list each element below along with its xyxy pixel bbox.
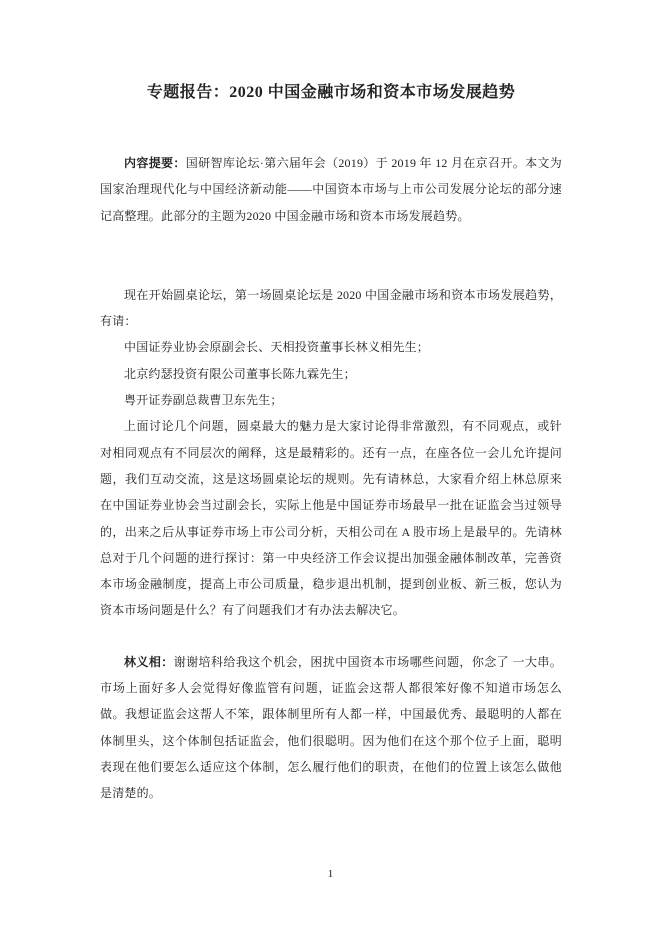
speaker-paragraph: 林义相：谢谢培科给我这个机会，困扰中国资本市场哪些问题，你念了 一大串。市场上面… <box>100 649 562 807</box>
paragraph-guest-2: 北京约瑟投资有限公司董事长陈九霖先生； <box>100 361 562 387</box>
abstract-label: 内容提要： <box>124 156 186 170</box>
paragraph-guest-1: 中国证券业协会原副会长、天相投资董事长林义相先生； <box>100 334 562 360</box>
abstract-paragraph: 内容提要：国研智库论坛·第六届年会（2019）于 2019 年 12 月在京召开… <box>100 150 562 229</box>
paragraph-roundtable-intro: 现在开始圆桌论坛，第一场圆桌论坛是 2020 中国金融市场和资本市场发展趋势，有… <box>100 282 562 335</box>
page-number: 1 <box>0 867 661 881</box>
speaker-name: 林义相： <box>124 655 174 669</box>
paragraph-guest-3: 粤开证券副总裁曹卫东先生； <box>100 387 562 413</box>
speaker-text: 谢谢培科给我这个机会，困扰中国资本市场哪些问题，你念了 一大串。市场上面好多人会… <box>100 655 562 800</box>
page-title: 专题报告：2020 中国金融市场和资本市场发展趋势 <box>100 0 562 104</box>
document-page: 专题报告：2020 中国金融市场和资本市场发展趋势 内容提要：国研智库论坛·第六… <box>0 0 661 935</box>
document-content: 专题报告：2020 中国金融市场和资本市场发展趋势 内容提要：国研智库论坛·第六… <box>100 0 562 807</box>
paragraph-moderator-questions: 上面讨论几个问题，圆桌最大的魅力是大家讨论得非常激烈，有不同观点，或针对相同观点… <box>100 413 562 623</box>
